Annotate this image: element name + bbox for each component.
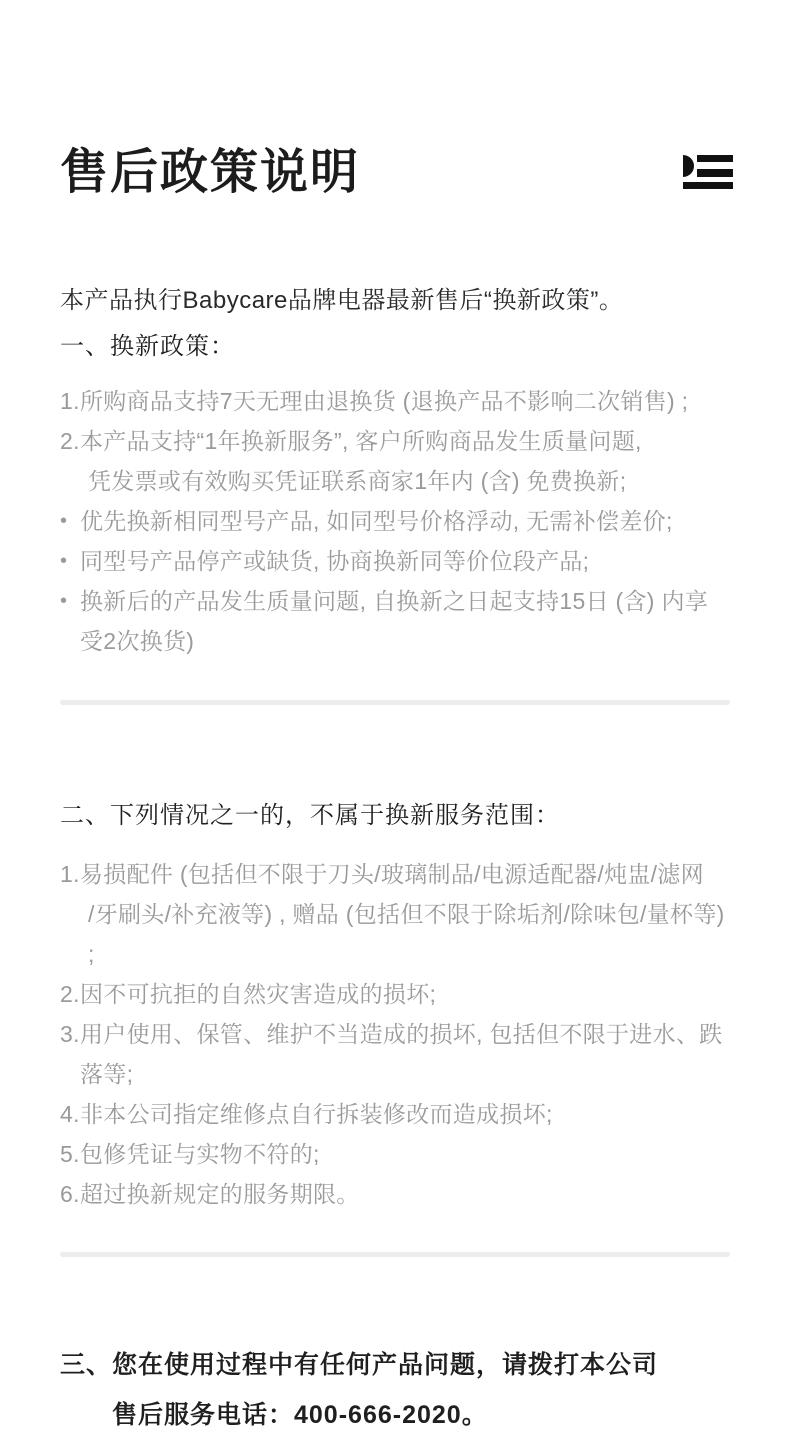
bullet-icon: •: [60, 581, 80, 661]
section-divider: [60, 1252, 730, 1257]
list-item-text: 超过换新规定的服务期限。: [80, 1174, 730, 1214]
section2-heading: 二、下列情况之一的，不属于换新服务范围：: [60, 803, 730, 829]
brand-mark-icon: [683, 155, 733, 189]
list-item-text: 凭发票或有效购买凭证联系商家1年内 (含) 免费换新;: [80, 461, 730, 501]
list-item-continuation: 凭发票或有效购买凭证联系商家1年内 (含) 免费换新;: [60, 461, 730, 501]
logo-semicircle: [683, 155, 694, 177]
list-item-text: 非本公司指定维修点自行拆装修改而造成损坏;: [80, 1094, 730, 1134]
list-item-text: 用户使用、保管、维护不当造成的损坏, 包括但不限于进水、跌落等;: [80, 1014, 730, 1094]
list-item-text: 易损配件 (包括但不限于刀头/玻璃制品/电源适配器/炖盅/滤网: [80, 854, 730, 894]
list-item-text: 所购商品支持7天无理由退换货 (退换产品不影响二次销售) ;: [80, 381, 730, 421]
list-marker: 4.: [60, 1094, 80, 1134]
list-item-continuation: /牙刷头/补充液等) , 赠品 (包括但不限于除垢剂/除味包/量杯等) ;: [60, 894, 730, 974]
section2-list: 1. 易损配件 (包括但不限于刀头/玻璃制品/电源适配器/炖盅/滤网 /牙刷头/…: [60, 854, 730, 1214]
list-item-text: 同型号产品停产或缺货, 协商换新同等价位段产品;: [80, 541, 730, 581]
logo-bar-middle: [697, 169, 733, 177]
intro-paragraph: 本产品执行Babycare品牌电器最新售后“换新政策”。: [60, 288, 730, 313]
list-marker: 2.: [60, 974, 80, 1014]
list-item-text: 换新后的产品发生质量问题, 自换新之日起支持15日 (含) 内享受2次换货): [80, 581, 730, 661]
list-marker: 1.: [60, 854, 80, 894]
bullet-icon: •: [60, 501, 80, 541]
list-item: 6. 超过换新规定的服务期限。: [60, 1174, 730, 1214]
list-item-text: /牙刷头/补充液等) , 赠品 (包括但不限于除垢剂/除味包/量杯等) ;: [80, 894, 730, 974]
logo-bar-top: [697, 155, 733, 162]
bullet-icon: •: [60, 541, 80, 581]
section-divider: [60, 700, 730, 705]
list-marker: [60, 894, 80, 974]
list-item: 4. 非本公司指定维修点自行拆装修改而造成损坏;: [60, 1094, 730, 1134]
list-marker: 2.: [60, 421, 80, 461]
list-item: 1. 易损配件 (包括但不限于刀头/玻璃制品/电源适配器/炖盅/滤网: [60, 854, 730, 894]
list-item: 5. 包修凭证与实物不符的;: [60, 1134, 730, 1174]
list-item-text: 本产品支持“1年换新服务”, 客户所购商品发生质量问题,: [80, 421, 730, 461]
list-item: 3. 用户使用、保管、维护不当造成的损坏, 包括但不限于进水、跌落等;: [60, 1014, 730, 1094]
list-item-text: 因不可抗拒的自然灾害造成的损坏;: [80, 974, 730, 1014]
list-item: 1. 所购商品支持7天无理由退换货 (退换产品不影响二次销售) ;: [60, 381, 730, 421]
page-header: 售后政策说明: [60, 0, 730, 198]
logo-bar-bottom: [683, 182, 733, 189]
list-marker: 3.: [60, 1014, 80, 1094]
list-marker: 6.: [60, 1174, 80, 1214]
section1-list: 1. 所购商品支持7天无理由退换货 (退换产品不影响二次销售) ; 2. 本产品…: [60, 381, 730, 661]
bullet-item: • 同型号产品停产或缺货, 协商换新同等价位段产品;: [60, 541, 730, 581]
section3-contact: 三、您在使用过程中有任何产品问题，请拨打本公司 售后服务电话：400-666-2…: [60, 1340, 730, 1440]
list-marker: 5.: [60, 1134, 80, 1174]
section3-line1: 三、您在使用过程中有任何产品问题，请拨打本公司: [60, 1340, 730, 1390]
section1-heading: 一、换新政策：: [60, 334, 730, 360]
list-item: 2. 本产品支持“1年换新服务”, 客户所购商品发生质量问题,: [60, 421, 730, 461]
bullet-item: • 换新后的产品发生质量问题, 自换新之日起支持15日 (含) 内享受2次换货): [60, 581, 730, 661]
list-marker: [60, 461, 80, 501]
list-item: 2. 因不可抗拒的自然灾害造成的损坏;: [60, 974, 730, 1014]
list-marker: 1.: [60, 381, 80, 421]
after-sales-policy-page: 售后政策说明 本产品执行Babycare品牌电器最新售后“换新政策”。 一、换新…: [0, 0, 790, 1455]
list-item-text: 包修凭证与实物不符的;: [80, 1134, 730, 1174]
list-item-text: 优先换新相同型号产品, 如同型号价格浮动, 无需补偿差价;: [80, 501, 730, 541]
page-title: 售后政策说明: [60, 148, 360, 198]
bullet-item: • 优先换新相同型号产品, 如同型号价格浮动, 无需补偿差价;: [60, 501, 730, 541]
section3-line2-phone: 售后服务电话：400-666-2020。: [60, 1390, 730, 1440]
